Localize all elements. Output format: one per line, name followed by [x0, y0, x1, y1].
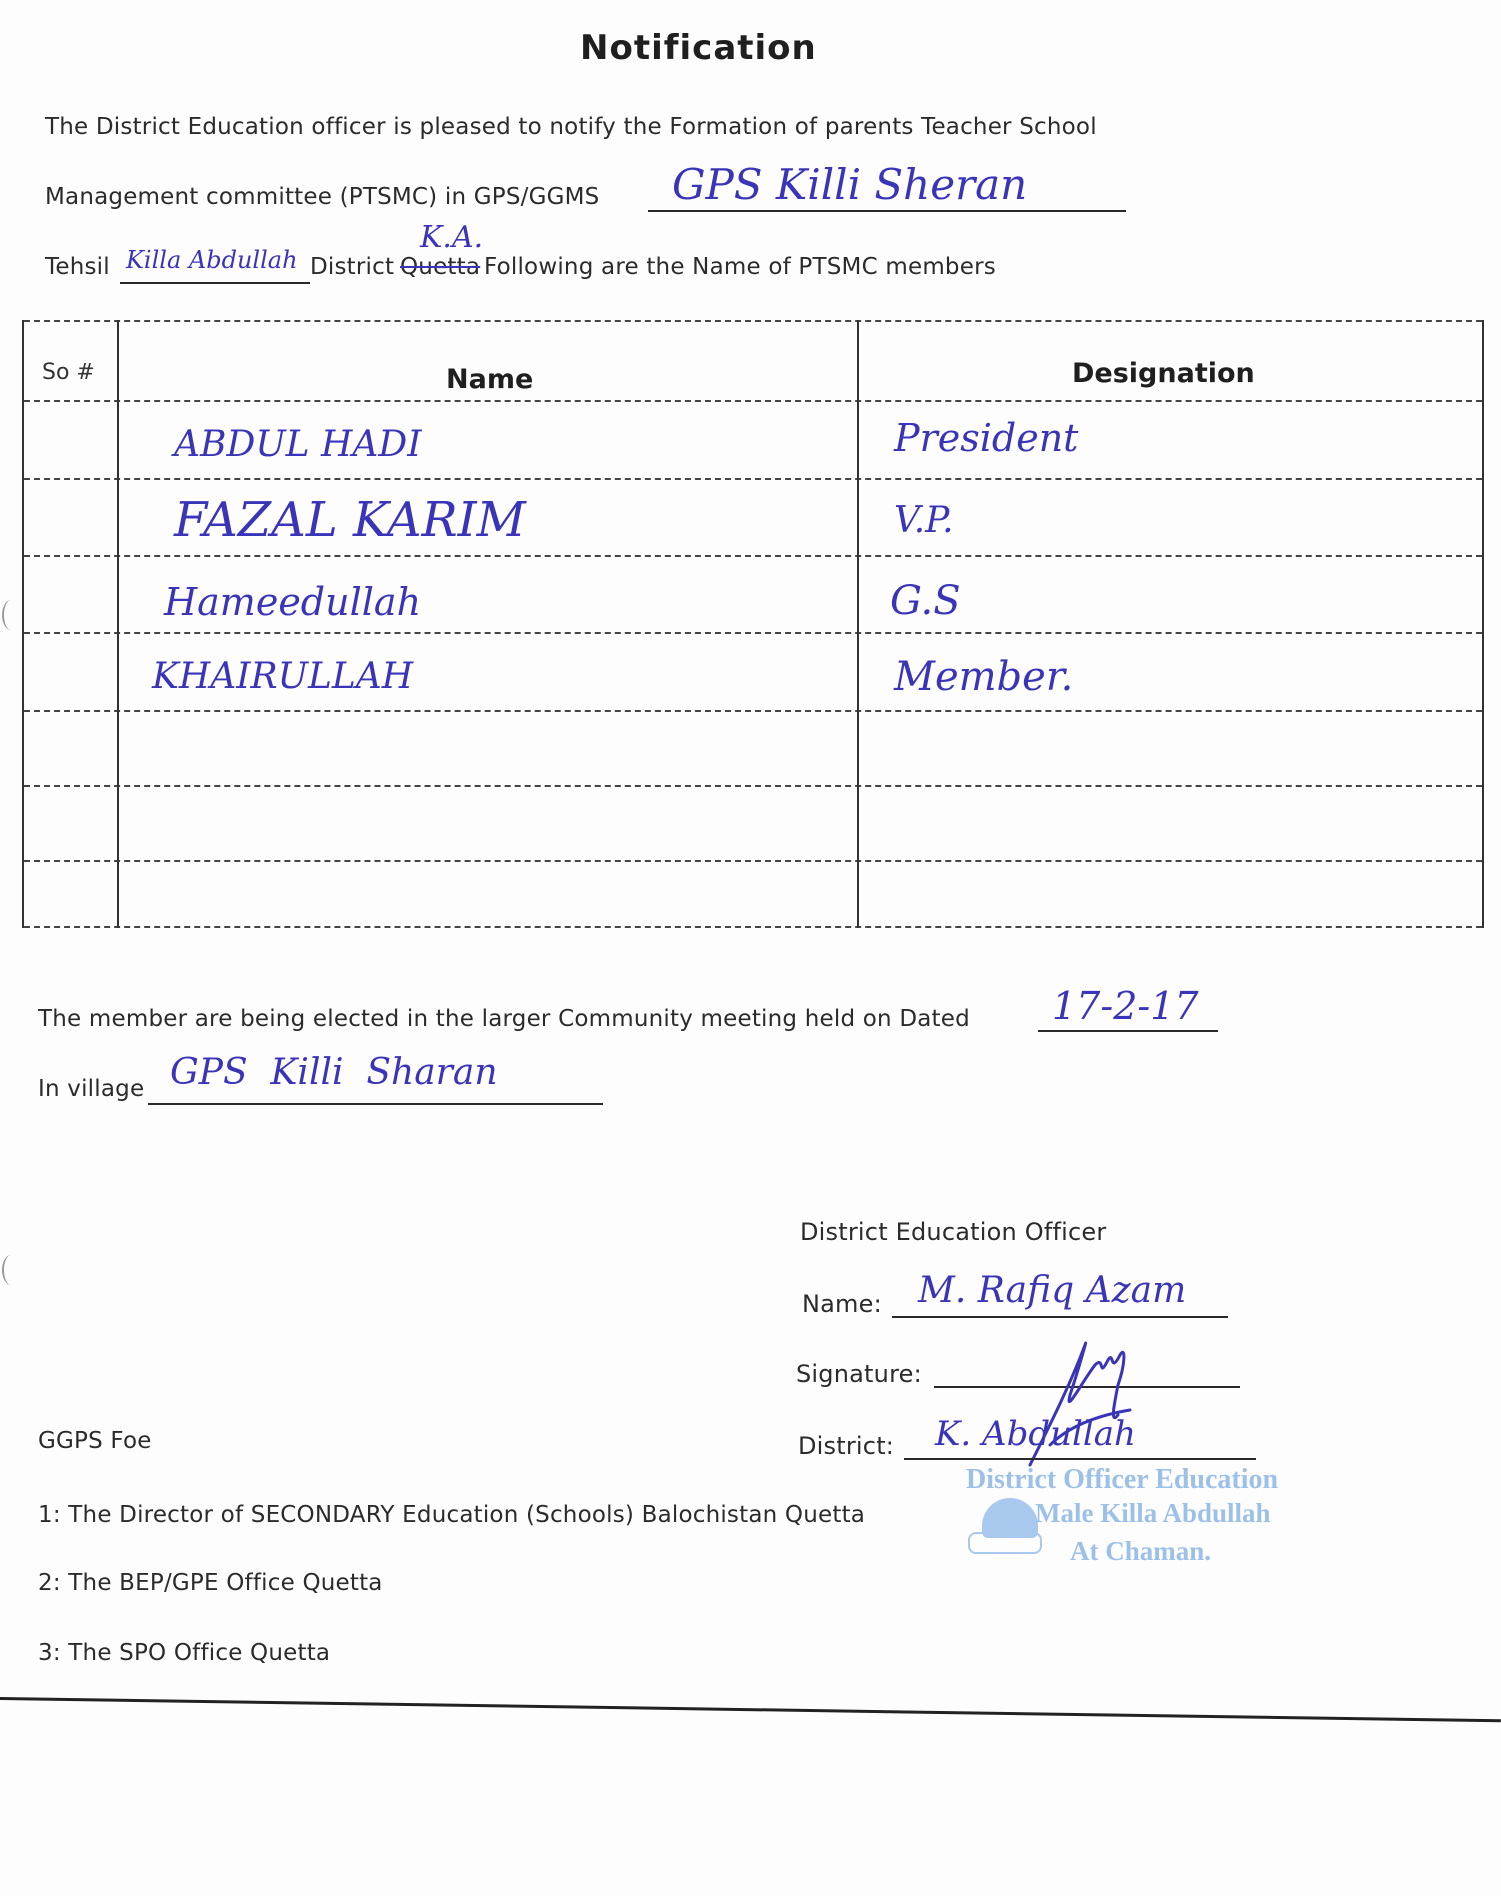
officer-name-value: M. Rafiq Azam [918, 1270, 1186, 1311]
district-printed-value: Quetta [400, 254, 480, 280]
meeting-dated-label: The member are being elected in the larg… [38, 1006, 970, 1032]
intro-line-3-tail: Following are the Name of PTSMC members [484, 254, 996, 280]
district-sign-underline [904, 1458, 1256, 1460]
village-label: In village [38, 1076, 144, 1102]
margin-mark [2, 1255, 20, 1285]
table-row-divider [24, 555, 1482, 557]
table-row-name: ABDUL HADI [174, 424, 421, 465]
officer-name-label: Name: [802, 1290, 882, 1318]
copy-item: 1: The Director of SECONDARY Education (… [38, 1502, 865, 1528]
meeting-date-value: 17-2-17 [1052, 984, 1199, 1028]
page-title: Notification [580, 28, 817, 68]
table-row-designation: Member. [894, 654, 1073, 700]
district-label: District [310, 254, 394, 280]
tehsil-field-underline [120, 282, 310, 284]
signature-label: Signature: [796, 1360, 922, 1388]
stamp-line-1: District Officer Education [966, 1466, 1278, 1494]
table-row-divider [24, 710, 1482, 712]
table-row-divider [24, 785, 1482, 787]
officer-name-underline [892, 1316, 1228, 1318]
table-col-divider-name [857, 320, 859, 928]
officer-heading: District Education Officer [800, 1218, 1106, 1246]
table-border-top [24, 320, 1482, 322]
table-row-designation: V.P. [894, 500, 954, 541]
table-row-divider [24, 860, 1482, 862]
table-header-divider [24, 400, 1482, 402]
tehsil-field-value: Killa Abdullah [126, 246, 298, 274]
intro-line-1: The District Education officer is please… [45, 114, 1097, 140]
table-row-divider [24, 632, 1482, 634]
table-row-name: FAZAL KARIM [174, 492, 526, 548]
village-underline [148, 1103, 603, 1105]
header-name: Name [446, 364, 533, 395]
header-designation: Designation [1072, 358, 1255, 389]
school-field-value: GPS Killi Sheran [672, 160, 1027, 209]
district-sign-label: District: [798, 1432, 894, 1460]
district-correction: K.A. [420, 220, 483, 255]
members-table: So # Name Designation ABDUL HADI Preside… [22, 320, 1484, 928]
bottom-divider [0, 1697, 1501, 1722]
copy-item: 3: The SPO Office Quetta [38, 1640, 330, 1666]
district-sign-value: K. Abdullah [935, 1414, 1136, 1454]
school-field-underline [648, 210, 1126, 212]
village-value: GPS Killi Sharan [170, 1052, 498, 1093]
table-row-name: KHAIRULLAH [152, 656, 413, 697]
intro-line-2-label: Management committee (PTSMC) in GPS/GGMS [45, 184, 599, 210]
copy-item: 2: The BEP/GPE Office Quetta [38, 1570, 383, 1596]
stamp-line-3: At Chaman. [1070, 1538, 1211, 1565]
tehsil-label: Tehsil [45, 254, 110, 280]
district-printed-text: Quetta [400, 254, 480, 280]
table-border-bottom [24, 926, 1482, 928]
header-sno: So # [42, 360, 95, 385]
meeting-date-underline [1038, 1030, 1218, 1032]
margin-mark [2, 600, 20, 630]
stamp-scroll-icon [968, 1532, 1042, 1554]
table-row-designation: G.S [890, 578, 961, 624]
table-col-divider-sno [117, 320, 119, 928]
copies-heading: GGPS Foe [38, 1428, 152, 1454]
table-row-designation: President [894, 416, 1078, 460]
table-row-name: Hameedullah [164, 580, 421, 624]
stamp-line-2: Male Killa Abdullah [1035, 1500, 1271, 1527]
table-row-divider [24, 478, 1482, 480]
